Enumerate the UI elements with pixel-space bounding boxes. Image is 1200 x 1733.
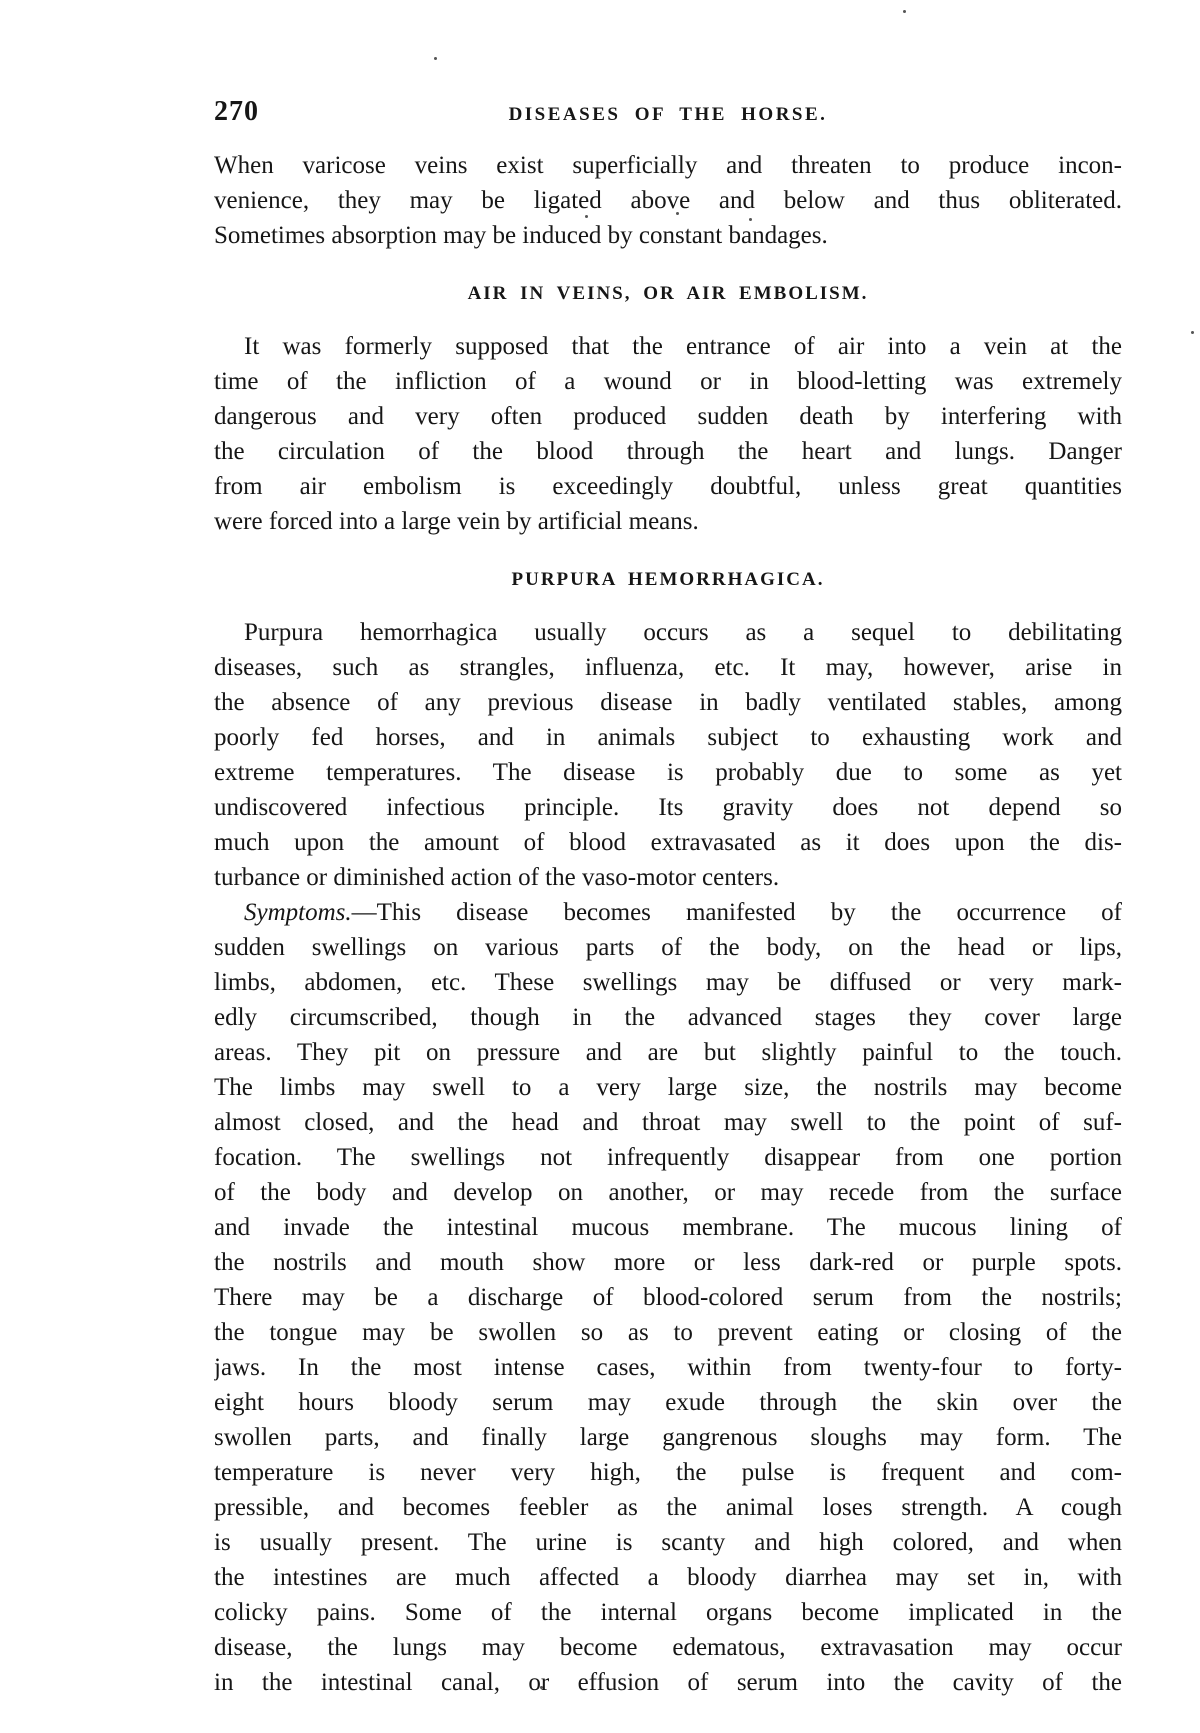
text-line: turbance or diminished action of the vas… [214, 860, 1122, 895]
text-line: There may be a discharge of blood-colore… [214, 1280, 1122, 1315]
text-line: extreme temperatures. The disease is pro… [214, 755, 1122, 790]
text-line: and invade the intestinal mucous membran… [214, 1210, 1122, 1245]
text-line: The limbs may swell to a very large size… [214, 1070, 1122, 1105]
text-line: areas. They pit on pressure and are but … [214, 1035, 1122, 1070]
text-line: Purpura hemorrhagica usually occurs as a… [214, 615, 1122, 650]
paragraph: When varicose veins exist superficially … [214, 148, 1122, 253]
scan-speck [676, 212, 679, 215]
text-line: of the body and develop on another, or m… [214, 1175, 1122, 1210]
text-line: swollen parts, and finally large gangren… [214, 1420, 1122, 1455]
section-heading: PURPURA HEMORRHAGICA. [214, 569, 1122, 591]
scan-speck [749, 218, 752, 221]
text-line: the circulation of the blood through the… [214, 434, 1122, 469]
section-heading: AIR IN VEINS, OR AIR EMBOLISM. [214, 283, 1122, 305]
text-line: diseases, such as strangles, influenza, … [214, 650, 1122, 685]
text-line: focation. The swellings not infrequently… [214, 1140, 1122, 1175]
scan-speck [434, 57, 437, 60]
text-line: venience, they may be ligated above and … [214, 183, 1122, 218]
text-line: almost closed, and the head and throat m… [214, 1105, 1122, 1140]
paragraph: It was formerly supposed that the entran… [214, 329, 1122, 539]
text-line: from air embolism is exceedingly doubtfu… [214, 469, 1122, 504]
text-line: temperature is never very high, the puls… [214, 1455, 1122, 1490]
text-line: the tongue may be swollen so as to preve… [214, 1315, 1122, 1350]
scan-speck [903, 10, 906, 13]
text-line: colicky pains. Some of the internal orga… [214, 1595, 1122, 1630]
page-header: 270 DISEASES OF THE HORSE. [214, 96, 1122, 130]
text-column: 270 DISEASES OF THE HORSE. When varicose… [214, 96, 1122, 1700]
text-line: time of the infliction of a wound or in … [214, 364, 1122, 399]
text-line: eight hours bloody serum may exude throu… [214, 1385, 1122, 1420]
text-line: undiscovered infectious principle. Its g… [214, 790, 1122, 825]
text-line: were forced into a large vein by artific… [214, 504, 1122, 539]
text-line: much upon the amount of blood extravasat… [214, 825, 1122, 860]
text-line: limbs, abdomen, etc. These swellings may… [214, 965, 1122, 1000]
text-line: the nostrils and mouth show more or less… [214, 1245, 1122, 1280]
paragraph: Purpura hemorrhagica usually occurs as a… [214, 615, 1122, 895]
scan-speck [1191, 331, 1194, 334]
text-line: poorly fed horses, and in animals subjec… [214, 720, 1122, 755]
page-number: 270 [214, 96, 374, 128]
paragraph: Symptoms.—This disease becomes manifeste… [214, 895, 1122, 1700]
text-line: dangerous and very often produced sudden… [214, 399, 1122, 434]
text-line: Symptoms.—This disease becomes manifeste… [214, 895, 1122, 930]
text-line: is usually present. The urine is scanty … [214, 1525, 1122, 1560]
scan-speck [918, 1684, 921, 1687]
text-line: Sometimes absorption may be induced by c… [214, 218, 1122, 253]
scan-speck [585, 215, 588, 218]
italic-lead: Symptoms. [244, 899, 352, 926]
text-line: It was formerly supposed that the entran… [214, 329, 1122, 364]
text-line: jaws. In the most intense cases, within … [214, 1350, 1122, 1385]
text-line: edly circumscribed, though in the advanc… [214, 1000, 1122, 1035]
text-line: the intestines are much affected a blood… [214, 1560, 1122, 1595]
text-line: the absence of any previous disease in b… [214, 685, 1122, 720]
running-title: DISEASES OF THE HORSE. [374, 104, 962, 126]
text-line: disease, the lungs may become edematous,… [214, 1630, 1122, 1665]
text-line: sudden swellings on various parts of the… [214, 930, 1122, 965]
text-line: When varicose veins exist superficially … [214, 148, 1122, 183]
text-line: pressible, and becomes feebler as the an… [214, 1490, 1122, 1525]
page-body-text: When varicose veins exist superficially … [214, 148, 1122, 1700]
scanned-book-page: 270 DISEASES OF THE HORSE. When varicose… [0, 0, 1200, 1733]
scan-speck [540, 1686, 543, 1689]
text-line: in the intestinal canal, or effusion of … [214, 1665, 1122, 1700]
